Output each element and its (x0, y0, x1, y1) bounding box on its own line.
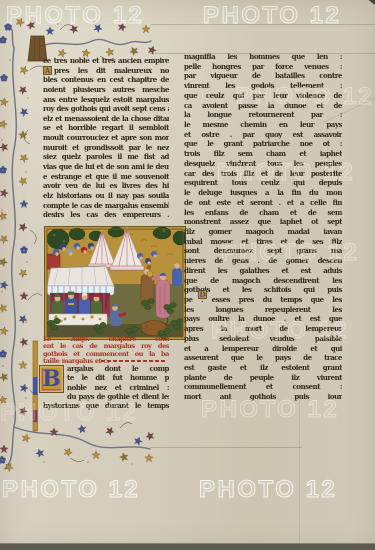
banquet-table (49, 314, 107, 325)
manuscript-text-line: compte le cas de margalus ensemble (43, 201, 169, 211)
manuscript-text-line: te le dit fut homme p (67, 373, 169, 382)
manuscript-text-line: hystorians que durant le temps (43, 401, 169, 410)
manuscript-text-line: noient plusieurs autres mesche (43, 85, 169, 95)
manuscript-text-line: ca avoient passe la dunoe et de (184, 101, 342, 111)
manuscript-text-line: que le grant patriarche noe ot : (184, 139, 342, 149)
manuscript-text-line: mort ant gothois puis iour (184, 392, 342, 402)
manuscript-text-line: filz gomer magoch madai iavan (184, 227, 342, 237)
manuscript-text-line: argalus dont le comp (67, 364, 169, 373)
rubric-line-filler (101, 360, 167, 362)
photo12-watermark: PHOTO 12 (199, 476, 337, 504)
manuscript-text-line: elz historians ou il nay pas souila (43, 191, 169, 201)
second-paragraph: B argalus dont le compte le dit fut homm… (43, 364, 169, 410)
gold-sky (47, 229, 183, 337)
banquet-tent (47, 266, 114, 317)
fur-clad-figure (141, 264, 154, 308)
miniature-banquet-scene (44, 226, 186, 340)
manuscript-text-line: les longues repeuplerent les (184, 305, 342, 315)
rubric-line: Le .xiiije. chapitre com (43, 336, 169, 343)
frame-inner-line (47, 229, 183, 337)
photo12-watermark: PHOTO 12 (6, 2, 144, 30)
manuscript-photo: ce tres noble et tres ancien empirepres … (0, 0, 375, 550)
manuscript-text-line: se et horrible regart il sembloit (43, 123, 169, 133)
right-text-column: magnifia les hommes que len :pelle hongr… (184, 52, 342, 402)
manuscript-text-line: du pays de gothie et dient les (67, 392, 169, 401)
photo-bottom-edge (0, 543, 375, 550)
photo-corner-speck (367, 0, 375, 5)
manuscript-text-line: moult courrouciez et apre son mor (43, 133, 169, 143)
rubric-line: gothois et commencent ou la ba (43, 351, 169, 358)
manuscript-text-line: muroit et grondissoit par le nez (43, 143, 169, 153)
soldiers-right (137, 251, 182, 286)
manuscript-text-line: pres les dit maleureux no (43, 66, 169, 76)
manuscript-text-line: plante de peuple ilz viurent (184, 373, 342, 383)
manuscript-text-line: pays oultre la dunoe . et est que (184, 314, 342, 324)
manuscript-text-line: par vigueur de batailles contre (184, 71, 342, 81)
manuscript-text-line: les enfans de cham et de sem (184, 208, 342, 218)
manuscript-text-line: communellement et consent : (184, 382, 342, 392)
diners (52, 292, 102, 317)
manuscript-text-line: et a lempereur dirolde et qui (184, 344, 342, 354)
parchment-crease (299, 398, 300, 550)
manuscript-text-line: et ostre . par quoy est assavoir (184, 130, 342, 140)
illuminated-initial-B: B (39, 365, 64, 393)
manuscript-text-line: nieres de gens . de gomer descen (184, 256, 342, 266)
manuscript-text-line: pelle hongres par force venues : (184, 62, 342, 72)
cone-tent-left (88, 229, 116, 268)
manuscript-text-line: desquelz vindrent tous les peuples (184, 159, 342, 169)
manuscript-text-line: desirs les cas des empereurs . (43, 210, 169, 220)
gold-frame (45, 227, 186, 340)
manuscript-text-line: que ceulz qui par leur violence de (184, 91, 342, 101)
rubric-line: ent le cas de margalus roy des (43, 343, 169, 350)
manuscript-text-line: vinrent les godois tellement : (184, 81, 342, 91)
manuscript-text-line: ans entre lesquelz estoit margalus (43, 95, 169, 105)
manuscript-text-line: noble nez et criminel : (67, 383, 169, 392)
manuscript-text-line: dirent les galathes et est aduis (184, 266, 342, 276)
ruling-line (150, 24, 375, 25)
small-initial-A: A (43, 66, 52, 75)
manuscript-text-line: asseurent que le pays de trace (184, 353, 342, 363)
dog (141, 318, 168, 336)
manuscript-text-line: la longue retournerent par : (184, 110, 342, 120)
manuscript-text-line: ce tres noble et tres ancien empire (43, 56, 169, 66)
manuscript-text-line: tubal mosoc et tiras et de ses filz (184, 237, 342, 247)
manuscript-text-line: siez quelz paroles il me fist ad (43, 152, 169, 162)
manuscript-text-line: apres la mort de lempereur (184, 324, 342, 334)
cone-tent-right (110, 227, 144, 270)
manuscript-text-line: sont denommez sept grans ma (184, 246, 342, 256)
manuscript-text-line: gothois et les schitois qui puis (184, 285, 342, 295)
manuscript-text-line: le deluge iusques a la fin du mon (184, 188, 342, 198)
manuscript-text-line: vias que de lui et de son ami ie deuis (43, 162, 169, 172)
ground (47, 284, 183, 337)
ruling-line (150, 447, 302, 448)
cupbearer-figure (147, 271, 170, 318)
initial-bar (33, 341, 38, 431)
bushes (48, 298, 184, 339)
manuscript-text-line: le mesme chemin en leur pays (184, 120, 342, 130)
manuscript-text-line: roy des gothois qui avoit sept cens au (43, 104, 169, 114)
manuscript-text-line: bles contenus en cest chapitre de (43, 75, 169, 85)
photo12-watermark: PHOTO 12 (203, 2, 341, 30)
manuscript-text-line: elz et menassoient de la chose ditan (43, 114, 169, 124)
gold-diaper-pattern (54, 233, 186, 274)
left-text-column: ce tres noble et tres ancien empirepres … (43, 56, 169, 220)
manuscript-text-line: esquirent tous ceulz qui depuis (184, 178, 342, 188)
manuscript-text-line: monstrent assez que iaphet ot sept (184, 217, 342, 227)
manuscript-text-line: e estrange et que il me souvenoit (43, 172, 169, 182)
trunk-lines (34, 38, 40, 60)
manuscript-text-line: trois filz sem cham et iaphet (184, 149, 342, 159)
kneeling-servant (110, 304, 127, 326)
manuscript-text-line: que de magoch descendirent les (184, 276, 342, 286)
manuscript-text-line: magnifia les hommes que len : (184, 52, 342, 62)
trees (47, 227, 186, 249)
photo12-watermark: PHOTO 12 (2, 476, 140, 504)
manuscript-text-line: pe . esses pres du temps que les (184, 295, 342, 305)
manuscript-text-line: car des trois filz et de leur posterite (184, 169, 342, 179)
crowd (47, 243, 106, 269)
manuscript-text-line: plus sedoient vendus paisible (184, 334, 342, 344)
manuscript-text-line: de ont este et seront . et a celle fin (184, 198, 342, 208)
small-initial-D: D (198, 290, 207, 299)
manuscript-text-line: est gaste et ilz estoient grant (184, 363, 342, 373)
manuscript-text-line: avoir veu de lui es livres des hi (43, 181, 169, 191)
